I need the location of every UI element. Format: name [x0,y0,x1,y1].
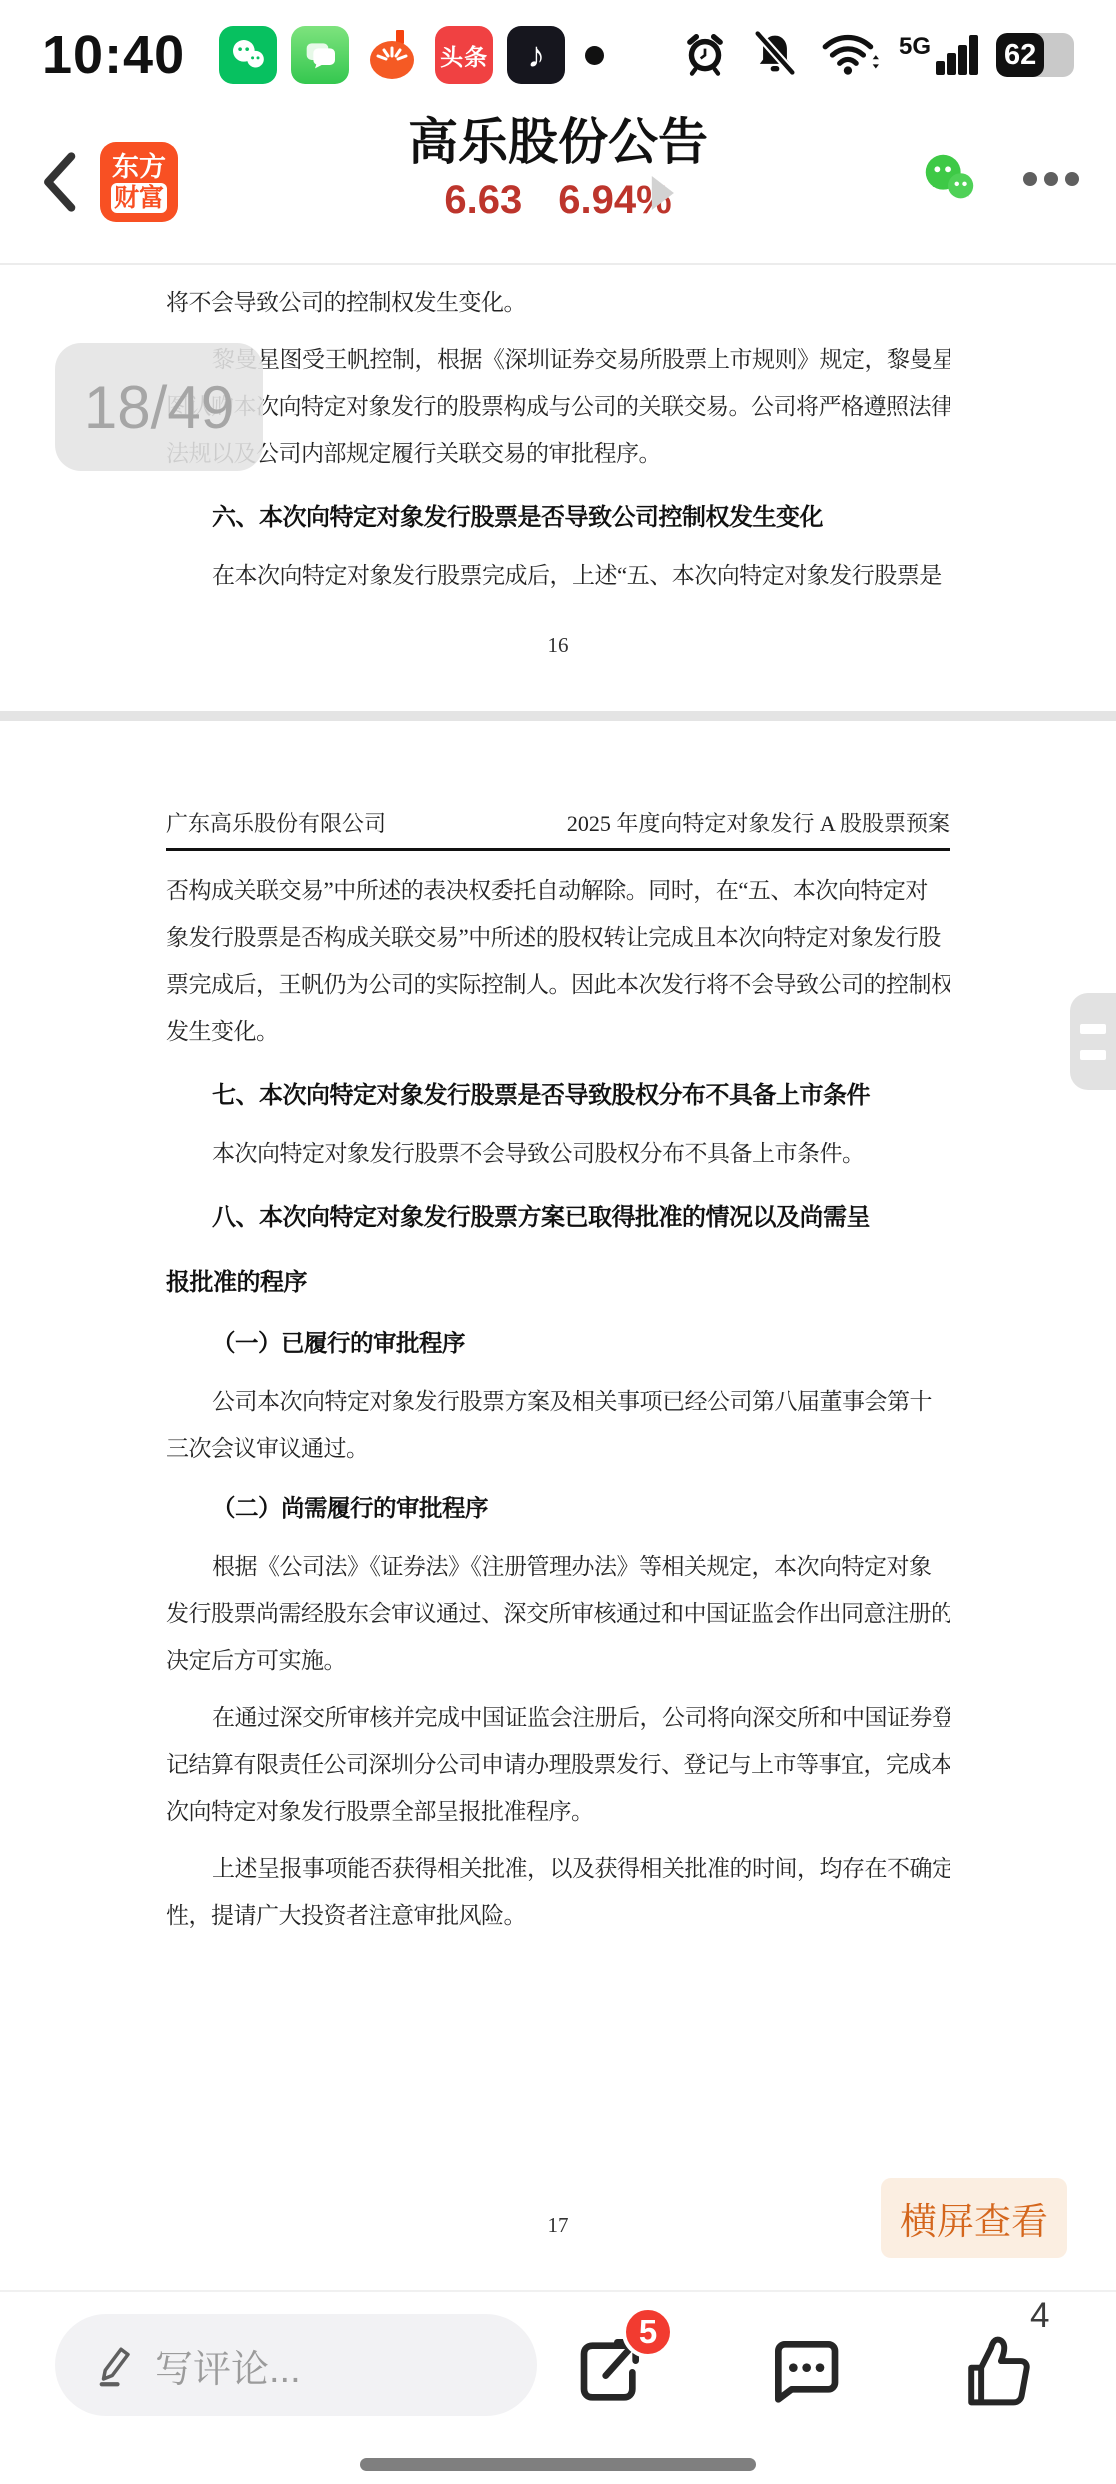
like-count: 4 [1030,2296,1049,2336]
triangle-right-icon [645,172,679,214]
messages-icon [291,26,349,84]
eastmoney-logo[interactable]: 东方 财富 [100,142,178,222]
notification-icons: 头条 ♪ [219,26,604,84]
signal-5g-icon: 5G [899,35,978,75]
pdf-viewer[interactable]: 将不会导致公司的控制权发生变化。黎曼星图受王帆控制，根据《深圳证券交易所股票上市… [0,267,1116,2290]
doc-line: 发生变化。 [166,1008,950,1055]
doc-line: 八、本次向特定对象发行股票方案已取得批准的情况以及尚需呈 [166,1195,950,1242]
status-bar: 10:40 头条 ♪ [0,0,1116,100]
doc-line: 次向特定对象发行股票全部呈报批准程序。 [166,1788,950,1835]
clock-time: 10:40 [42,24,185,86]
doc-line: 性，提请广大投资者注意审批风险。 [166,1892,950,1939]
wechat-share-icon [918,148,980,210]
header-actions [918,148,1082,215]
comment-placeholder: 写评论... [155,2338,301,2393]
doc-line: 上述呈报事项能否获得相关批准，以及获得相关批准的时间，均存在不确定 [166,1845,950,1892]
comment-input[interactable]: 写评论... [55,2314,537,2416]
pdf-page-16: 将不会导致公司的控制权发生变化。黎曼星图受王帆控制，根据《深圳证券交易所股票上市… [0,267,1116,711]
wechat-share-button[interactable] [918,148,980,215]
doc-line: 将不会导致公司的控制权发生变化。 [166,279,950,326]
pdf-page-number: 16 [166,625,950,665]
toutiao-icon: 头条 [435,26,493,84]
doc-line: 本次向特定对象发行股票不会导致公司股权分布不具备上市条件。 [166,1130,950,1177]
app-header: 东方 财富 高乐股份公告 6.63 6.94% [0,100,1116,265]
more-notifications-dot [585,46,604,65]
alarm-icon [679,27,731,84]
document-pages: 将不会导致公司的控制权发生变化。黎曼星图受王帆控制，根据《深圳证券交易所股票上市… [0,267,1116,2245]
comments-button[interactable] [762,2328,848,2414]
screen: 10:40 头条 ♪ [0,0,1116,2484]
doc-line: 否构成关联交易”中所述的表决权委托自动解除。同时，在“五、本次向特定对 [166,867,950,914]
doc-line: （二）尚需履行的审批程序 [166,1486,950,1533]
doc-line: 三次会议审议通过。 [166,1425,950,1472]
pdf-header-company: 广东高乐股份有限公司 [166,807,386,838]
doc-line: 记结算有限责任公司深圳分公司申请办理股票发行、登记与上市等事宜，完成本 [166,1741,950,1788]
expand-title-button[interactable] [645,172,679,219]
doc-line: 决定后方可实施。 [166,1637,950,1684]
page-separator [0,711,1116,721]
landscape-view-button[interactable]: 横屏查看 [881,2178,1067,2258]
doc-line: 象发行股票是否构成关联交易”中所述的股权转让完成且本次向特定对象发行股 [166,914,950,961]
doc-line: 在本次向特定对象发行股票完成后，上述“五、本次向特定对象发行股票是 [166,552,950,599]
pdf-page-17: 广东高乐股份有限公司2025 年度向特定对象发行 A 股股票预案否构成关联交易”… [0,721,1116,2245]
doc-line: 六、本次向特定对象发行股票是否导致公司控制权发生变化 [166,495,950,542]
stock-price: 6.63 [444,178,522,223]
like-button[interactable] [956,2328,1036,2414]
pdf-page-header: 广东高乐股份有限公司2025 年度向特定对象发行 A 股股票预案 [166,807,950,851]
pdf-header-doc-name: 2025 年度向特定对象发行 A 股股票预案 [567,807,950,838]
bell-off-icon [749,27,801,84]
doc-line: 票完成后，王帆仍为公司的实际控制人。因此本次发行将不会导致公司的控制权 [166,961,950,1008]
page-indicator-badge: 18/49 [55,343,263,471]
battery-percent: 62 [1004,39,1036,72]
chevron-left-icon [34,149,90,215]
wifi-icon [819,27,881,84]
doc-line: （一）已履行的审批程序 [166,1321,950,1368]
back-button[interactable] [34,142,94,222]
chat-bubble-icon [765,2331,845,2411]
stock-quote[interactable]: 6.63 6.94% [278,178,838,223]
bottom-toolbar: 写评论... 5 4 [0,2290,1116,2484]
doc-line: 公司本次向特定对象发行股票方案及相关事项已经公司第八届董事会第十 [166,1378,950,1425]
doc-line: 发行股票尚需经股东会审议通过、深交所审核通过和中国证监会作出同意注册的 [166,1590,950,1637]
scrollbar-thumb[interactable] [1070,993,1116,1090]
doc-line: 七、本次向特定对象发行股票是否导致股权分布不具备上市条件 [166,1073,950,1120]
doc-line: 法规以及公司内部规定履行关联交易的审批程序。 [166,430,950,477]
system-status-icons: 5G 62 [679,27,1074,84]
header-title-block: 高乐股份公告 6.63 6.94% [278,112,838,223]
thumbs-up-icon [958,2331,1034,2411]
home-indicator [360,2458,756,2471]
doc-line: 在通过深交所审核并完成中国证监会注册后，公司将向深交所和中国证券登 [166,1694,950,1741]
doc-line: 根据《公司法》《证券法》《注册管理办法》等相关规定，本次向特定对象 [166,1543,950,1590]
share-badge: 5 [622,2306,674,2358]
page-title: 高乐股份公告 [278,112,838,172]
more-menu-button[interactable] [1020,164,1082,199]
douyin-icon: ♪ [507,26,565,84]
tomato-novel-icon [363,26,421,84]
doc-line: 黎曼星图受王帆控制，根据《深圳证券交易所股票上市规则》规定，黎曼星 [166,336,950,383]
ellipsis-icon [1020,164,1082,194]
battery-indicator: 62 [996,33,1074,77]
pdf-page-number: 17 [166,2205,950,2245]
doc-line: 报批准的程序 [166,1260,950,1307]
pencil-icon [93,2342,135,2388]
doc-line: 图认购本次向特定对象发行的股票构成与公司的关联交易。公司将严格遵照法律 [166,383,950,430]
wechat-icon [219,26,277,84]
